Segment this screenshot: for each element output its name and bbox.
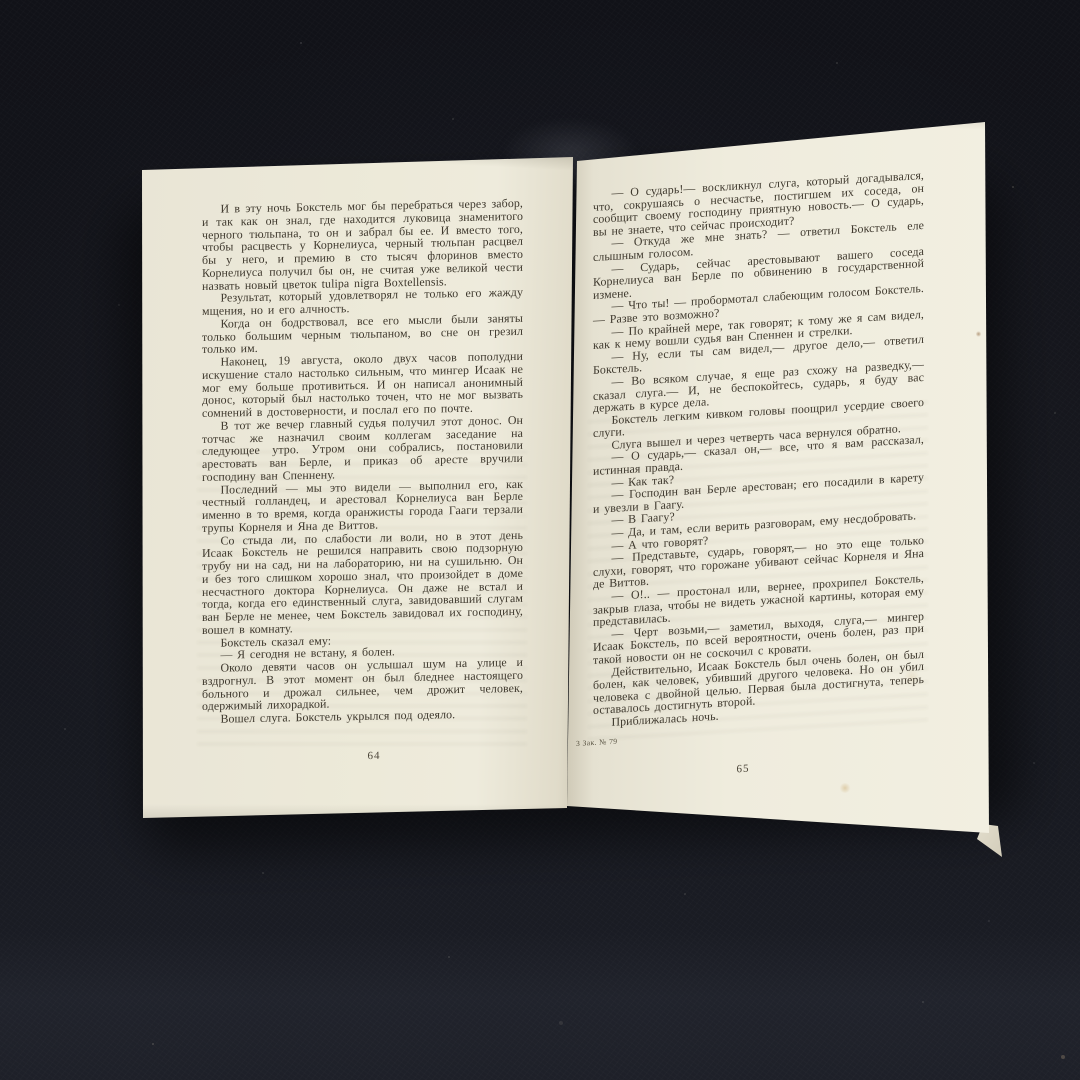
left-page-number: 64 [354, 750, 394, 763]
right-page: — О сударь!— воскликнул слуга, который д… [563, 115, 996, 860]
paragraph: Последний — мы это видели — выполнил его… [202, 477, 523, 534]
paper-stain [839, 783, 851, 793]
paragraph: В тот же вечер главный судья получил это… [202, 414, 523, 484]
print-order-footnote: 3 Зак. № 79 [576, 737, 618, 748]
photo-of-open-book: И в эту ночь Бокстель мог бы перебраться… [0, 0, 1080, 1080]
paper-stain [976, 331, 981, 337]
left-page-text: И в эту ночь Бокстель мог бы перебраться… [202, 197, 523, 726]
right-page-text: — О сударь!— воскликнул слуга, который д… [593, 169, 924, 730]
right-page-number: 65 [713, 761, 773, 776]
left-page: И в эту ночь Бокстель мог бы перебраться… [142, 155, 575, 820]
paragraph: Наконец, 19 августа, около двух часов по… [202, 350, 523, 420]
paragraph: Со стыда ли, по слабости ли воли, но в э… [202, 528, 523, 636]
paragraph: Около девяти часов он услышал шум на ули… [202, 656, 523, 713]
paragraph: И в эту ночь Бокстель мог бы перебраться… [202, 197, 523, 292]
dust-specks [0, 0, 2, 2]
